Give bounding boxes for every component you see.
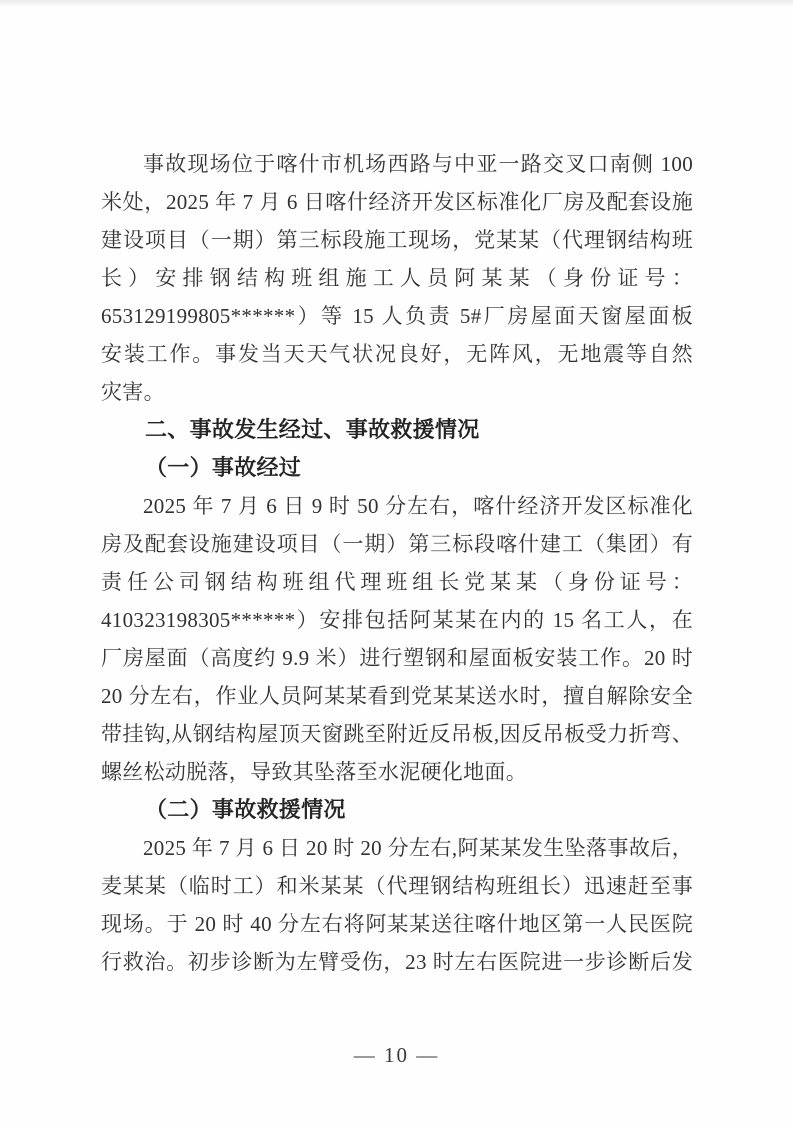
text-line: 灾害。: [101, 373, 693, 411]
text-line: 安装工作。事发当天天气状况良好，无阵风，无地震等自然: [101, 335, 693, 373]
text-line: 麦某某（临时工）和米某某（代理钢结构班组长）迅速赶至事发: [101, 867, 693, 905]
text-line: 建设项目（一期）第三标段施工现场，党某某（代理钢结构班组: [101, 221, 693, 259]
paragraph: 2025 年 7 月 6 日 9 时 50 分左右，喀什经济开发区标准化厂房及配…: [101, 487, 693, 791]
subheading: （二）事故救援情况: [101, 791, 693, 829]
text-line: 二、事故发生经过、事故救援情况: [101, 411, 693, 449]
text-line: （一）事故经过: [101, 449, 693, 487]
document-content: 事故现场位于喀什市机场西路与中亚一路交叉口南侧 100米处，2025 年 7 月…: [101, 145, 693, 981]
heading: 二、事故发生经过、事故救援情况: [101, 411, 693, 449]
text-line: 带挂钩,从钢结构屋顶天窗跳至附近反吊板,因反吊板受力折弯、: [101, 715, 693, 753]
text-line: 行救治。初步诊断为左臂受伤，23 时左右医院进一步诊断后发: [101, 943, 693, 981]
text-line: 厂房屋面（高度约 9.9 米）进行塑钢和屋面板安装工作。20 时: [101, 639, 693, 677]
text-line: 米处，2025 年 7 月 6 日喀什经济开发区标准化厂房及配套设施: [101, 183, 693, 221]
text-line: 2025 年 7 月 6 日 9 时 50 分左右，喀什经济开发区标准化厂: [101, 487, 693, 525]
text-line: 事故现场位于喀什市机场西路与中亚一路交叉口南侧 100: [101, 145, 693, 183]
text-line: 长）安排钢结构班组施工人员阿某某（身份证号：: [101, 259, 693, 297]
paragraph: 2025 年 7 月 6 日 20 时 20 分左右,阿某某发生坠落事故后，麦某…: [101, 829, 693, 981]
text-line: （二）事故救援情况: [101, 791, 693, 829]
text-line: 2025 年 7 月 6 日 20 时 20 分左右,阿某某发生坠落事故后，: [101, 829, 693, 867]
scan-edge-shadow: [0, 0, 793, 7]
page-number: — 10 —: [0, 1040, 793, 1070]
text-line: 责任公司钢结构班组代理班组长党某某（身份证号：: [101, 563, 693, 601]
text-line: 653129199805******）等 15 人负责 5#厂房屋面天窗屋面板: [101, 297, 693, 335]
paragraph: 事故现场位于喀什市机场西路与中亚一路交叉口南侧 100米处，2025 年 7 月…: [101, 145, 693, 411]
text-line: 房及配套设施建设项目（一期）第三标段喀什建工（集团）有限: [101, 525, 693, 563]
document-page: 事故现场位于喀什市机场西路与中亚一路交叉口南侧 100米处，2025 年 7 月…: [0, 0, 793, 1122]
subheading: （一）事故经过: [101, 449, 693, 487]
text-line: 螺丝松动脱落，导致其坠落至水泥硬化地面。: [101, 753, 693, 791]
text-line: 20 分左右，作业人员阿某某看到党某某送水时，擅自解除安全: [101, 677, 693, 715]
text-line: 410323198305******）安排包括阿某某在内的 15 名工人，在 5…: [101, 601, 693, 639]
text-line: 现场。于 20 时 40 分左右将阿某某送往喀什地区第一人民医院进: [101, 905, 693, 943]
